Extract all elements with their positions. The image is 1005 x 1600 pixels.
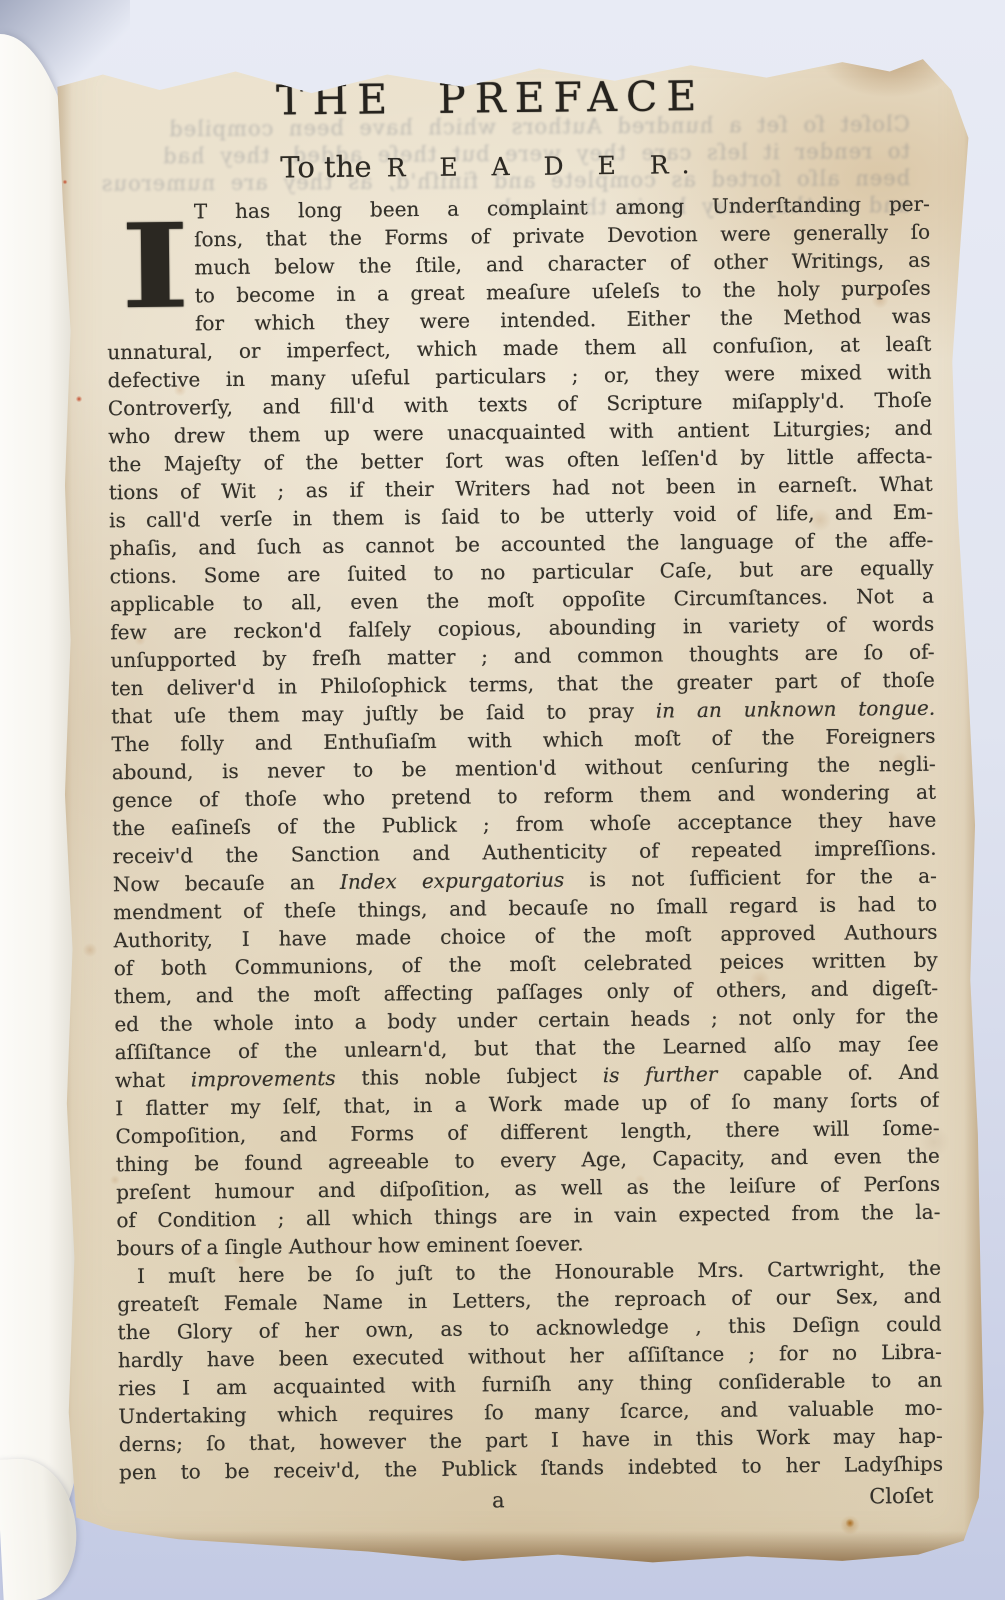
- signature-spacer: [119, 1487, 391, 1518]
- italic-segment: in an unknown tongue.: [656, 696, 936, 723]
- signature-mark: a: [363, 1485, 635, 1516]
- book-photo: { "scene": { "backdrop_top": "#e8ebf5", …: [0, 0, 1005, 1600]
- subtitle-prefix: To the: [280, 150, 372, 185]
- italic-segment: is further: [603, 1062, 718, 1087]
- subtitle-caps: R E A D E R.: [386, 150, 702, 182]
- signature-row: a Cloſet: [119, 1482, 943, 1519]
- text-segment: bours of a ſingle Authour how eminent ſo…: [117, 1231, 584, 1260]
- page-subtitle: To the R E A D E R.: [79, 144, 903, 187]
- italic-segment: improvements: [191, 1066, 336, 1092]
- text-segment: that uſe them may juſtly be ſaid to pray: [111, 699, 656, 729]
- page-title: THE PREFACE: [78, 70, 902, 127]
- italic-segment: Index expurgatorius: [340, 868, 564, 894]
- printed-text-layer: THE PREFACE To the R E A D E R. I T has …: [38, 17, 1002, 1572]
- text-segment: pen to be receiv'd, the Publick ſtands i…: [119, 1452, 943, 1485]
- text-segment: Now becauſe an: [113, 870, 340, 896]
- text-segment: capable of. And: [717, 1060, 939, 1086]
- text-segment: this noble ſubject: [336, 1063, 603, 1090]
- body-text: T has long been a complaint among Underſ…: [106, 190, 943, 1487]
- text-segment: what: [115, 1067, 191, 1092]
- catchword: Cloſet: [662, 1482, 944, 1513]
- page-edge-top: [46, 22, 994, 56]
- text-segment: is not ſufficient for the a-: [564, 864, 937, 892]
- book-page: Cloſet ſo ſet a hundred Authors which ha…: [46, 22, 994, 1567]
